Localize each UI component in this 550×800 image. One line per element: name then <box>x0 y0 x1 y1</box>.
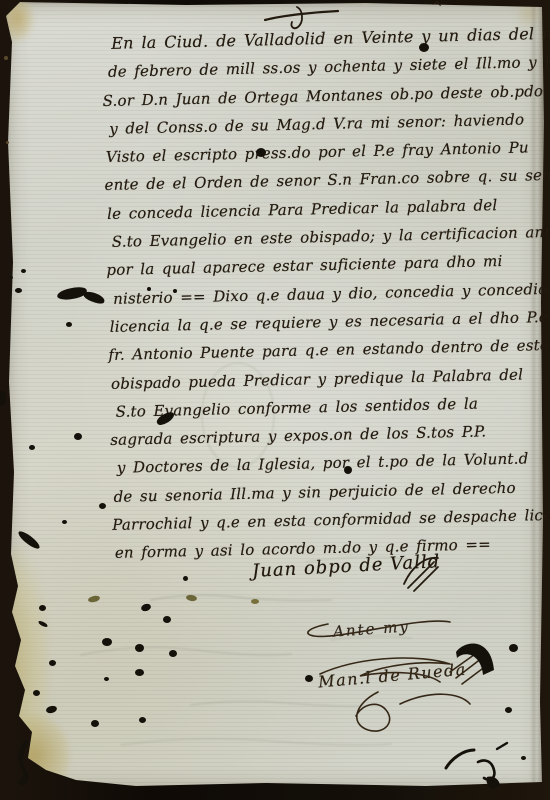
ink-blot <box>521 756 526 760</box>
ink-blot <box>29 445 35 450</box>
ink-blot <box>33 690 40 696</box>
ink-blot <box>82 290 106 305</box>
ink-blot <box>16 529 41 551</box>
ink-blot <box>104 677 109 681</box>
ink-blots-layer <box>0 0 550 800</box>
ink-blot <box>305 675 313 682</box>
ink-blot <box>155 410 176 428</box>
document-scan: ^ En la Ciud. de Valladolid en Veinte y … <box>0 0 550 800</box>
ink-blot <box>74 433 82 440</box>
ink-blot <box>251 599 259 604</box>
ink-blot <box>186 594 198 601</box>
ink-blot <box>256 148 266 157</box>
ink-blot <box>147 287 151 291</box>
ink-blot <box>99 503 106 509</box>
ink-blot <box>62 520 67 524</box>
ink-blot <box>6 141 9 144</box>
ink-blot <box>140 603 152 613</box>
ink-blot <box>15 288 22 293</box>
ink-blot <box>4 56 8 60</box>
ink-blot <box>163 616 171 623</box>
ink-blot <box>38 620 49 628</box>
ink-blot <box>173 289 177 293</box>
ink-blot <box>509 644 518 652</box>
ink-blot <box>66 322 72 327</box>
ink-blot <box>21 269 26 273</box>
ink-blot <box>9 276 13 279</box>
ink-blot <box>169 650 177 657</box>
ink-blot <box>135 669 144 676</box>
ink-blot <box>88 595 101 603</box>
ink-blot <box>102 638 112 646</box>
ink-blot <box>344 466 352 474</box>
ink-blot <box>135 644 144 652</box>
ink-blot <box>39 605 46 611</box>
ink-blot <box>49 660 56 666</box>
ink-blot <box>0 391 6 406</box>
ink-blot <box>45 705 57 714</box>
ink-blot <box>139 717 146 723</box>
ink-blot <box>419 43 429 52</box>
ink-blot <box>505 707 512 713</box>
ink-blot <box>183 576 188 581</box>
ink-blot <box>91 720 99 727</box>
